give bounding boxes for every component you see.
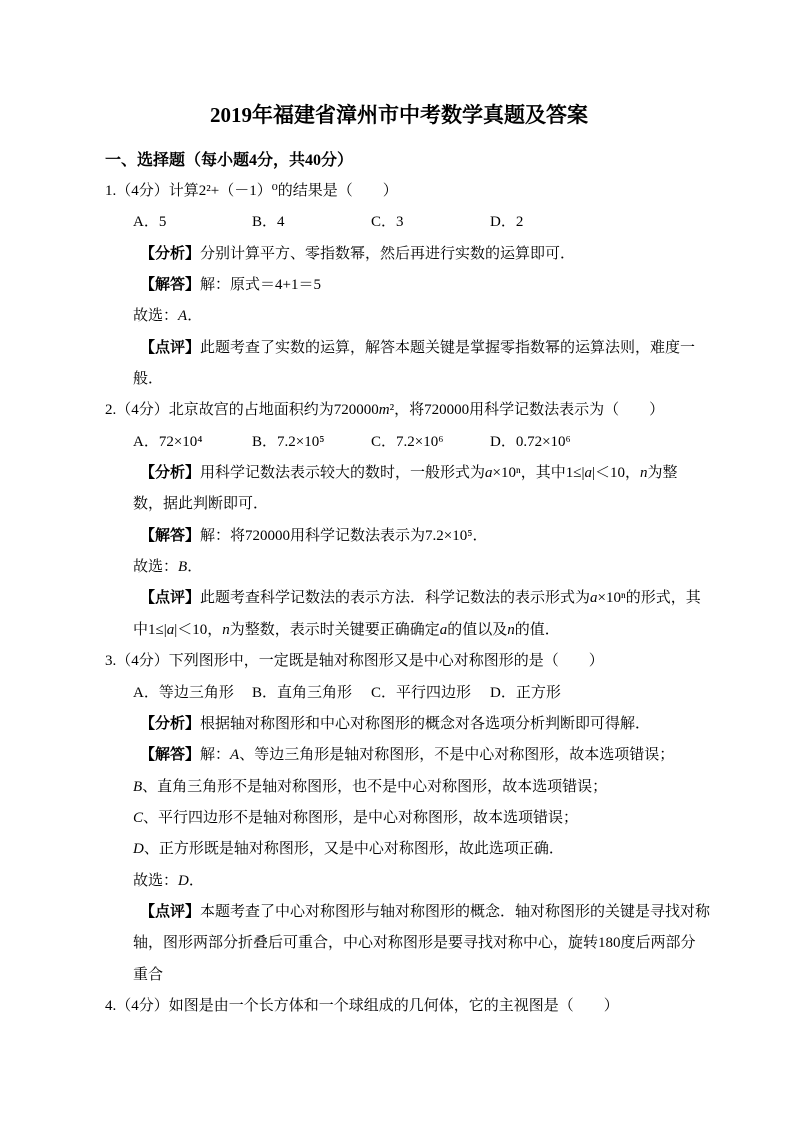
text-segment: 故选： [133,308,178,324]
text-segment: 3.（4分）下列图形中，一定既是轴对称图形又是中心对称图形的是（ ） [105,653,604,669]
variable-segment: n [222,622,230,638]
variable-segment: a [485,465,493,481]
text-segment: ×10ⁿ的形式，其 [598,590,701,606]
variable-segment: C [133,810,143,826]
option-item: B．7.2×10⁵ [252,427,371,458]
text-segment: 的值以及 [447,622,507,638]
paragraph-tag: 【点评】 [140,590,200,606]
variable-segment: a [584,465,592,481]
text-segment: 1.（4分）计算2²+（－1）⁰的结果是（ ） [105,183,398,199]
solution-line: 【解答】解：A、等边三角形是轴对称图形，不是中心对称图形，故本选项错误； [133,740,695,771]
paragraph-tag: 【解答】 [140,747,200,763]
paragraph-tag: 【解答】 [140,277,200,293]
text-segment: 的值． [515,622,560,638]
text-segment: 般． [133,371,163,387]
text-segment: 此题考查了实数的运算，解答本题关键是掌握零指数幂的运算法则，难度一 [200,340,695,356]
text-line: 故选：B． [133,552,695,583]
text-line: 故选：A． [133,301,695,332]
variable-segment: A [178,308,187,324]
text-segment: 4.（4分）如图是由一个长方体和一个球组成的几何体，它的主视图是（ ） [105,998,619,1014]
text-segment: 、正方形既是轴对称图形，又是中心对称图形，故此选项正确． [144,841,564,857]
analysis-line: 【分析】根据轴对称图形和中心对称图形的概念对各选项分析判断即可得解． [133,709,695,740]
variable-segment: A [230,747,239,763]
text-segment: 重合 [133,967,163,983]
option-item: C．平行四边形 [371,678,490,709]
text-segment: 根据轴对称图形和中心对称图形的概念对各选项分析判断即可得解． [200,716,650,732]
paragraph-tag: 【点评】 [140,904,200,920]
text-segment: 解：原式＝4+1＝5 [200,277,321,293]
question-line: 4.（4分）如图是由一个长方体和一个球组成的几何体，它的主视图是（ ） [105,991,695,1022]
text-segment: 2.（4分）北京故宫的占地面积约为720000 [105,402,379,418]
text-segment: 用科学记数法表示较大的数时，一般形式为 [200,465,485,481]
text-segment: ²，将720000用科学记数法表示为（ ） [390,402,665,418]
option-item: A．5 [133,207,252,238]
text-line: C、平行四边形不是轴对称图形，是中心对称图形，故本选项错误； [133,803,695,834]
text-segment: 分别计算平方、零指数幂，然后再进行实数的运算即可． [200,246,575,262]
text-segment: 故选： [133,559,178,575]
question-line: 3.（4分）下列图形中，一定既是轴对称图形又是中心对称图形的是（ ） [105,646,695,677]
document-content: 2019年福建省漳州市中考数学真题及答案 一、选择题（每小题4分，共40分） 1… [103,100,695,1022]
text-segment: 、直角三角形不是轴对称图形，也不是中心对称图形，故本选项错误； [142,779,607,795]
option-item: A．72×10⁴ [133,427,252,458]
text-segment: |＜10， [174,622,222,638]
analysis-line: 【分析】分别计算平方、零指数幂，然后再进行实数的运算即可． [133,239,695,270]
question-line: 2.（4分）北京故宫的占地面积约为720000m²，将720000用科学记数法表… [105,395,695,426]
text-segment: 轴，图形两部分折叠后可重合，中心对称图形是要寻找对称中心，旋转180度后两部分 [133,935,696,951]
text-line: 故选：D． [133,866,695,897]
paragraph-tag: 【分析】 [140,246,200,262]
text-segment: 本题考查了中心对称图形与轴对称图形的概念．轴对称图形的关键是寻找对称 [200,904,710,920]
text-segment: ． [189,873,204,889]
variable-segment: B [133,779,142,795]
text-segment: 、等边三角形是轴对称图形，不是中心对称图形，故本选项错误； [239,747,674,763]
text-segment: 为整数，表示时关键要正确确定 [230,622,440,638]
text-segment: 数，据此判断即可． [133,496,268,512]
option-item: B．4 [252,207,371,238]
section-heading: 一、选择题（每小题4分，共40分） [105,146,695,176]
page-title: 2019年福建省漳州市中考数学真题及答案 [103,100,695,130]
text-segment: 故选： [133,873,178,889]
text-line: 中1≤|a|＜10，n为整数，表示时关键要正确确定a的值以及n的值． [133,615,695,646]
text-segment: 中1≤| [133,622,167,638]
question-line: 1.（4分）计算2²+（－1）⁰的结果是（ ） [105,176,695,207]
option-item: D．0.72×10⁶ [490,427,571,458]
option-item: D．正方形 [490,678,561,709]
option-item: C．7.2×10⁶ [371,427,490,458]
variable-segment: D [133,841,144,857]
text-segment: ． [187,308,202,324]
text-segment: |＜10， [592,465,640,481]
options-row: A．72×10⁴B．7.2×10⁵C．7.2×10⁶D．0.72×10⁶ [133,427,695,458]
text-segment: 、平行四边形不是轴对称图形，是中心对称图形，故本选项错误； [143,810,578,826]
option-item: D．2 [490,207,523,238]
paragraph-tag: 【点评】 [140,340,200,356]
text-segment: ×10ⁿ，其中1≤| [493,465,585,481]
text-line: D、正方形既是轴对称图形，又是中心对称图形，故此选项正确． [133,834,695,865]
option-item: C．3 [371,207,490,238]
paragraph-tag: 【分析】 [140,716,200,732]
text-line: 数，据此判断即可． [133,489,695,520]
text-line: B、直角三角形不是轴对称图形，也不是中心对称图形，故本选项错误； [133,772,695,803]
document-body: 1.（4分）计算2²+（－1）⁰的结果是（ ）A．5B．4C．3D．2【分析】分… [103,176,695,1022]
variable-segment: m [379,402,390,418]
analysis-line: 【分析】用科学记数法表示较大的数时，一般形式为a×10ⁿ，其中1≤|a|＜10，… [133,458,695,489]
variable-segment: D [178,873,189,889]
text-line: 般． [133,364,695,395]
options-row: A．等边三角形B．直角三角形C．平行四边形D．正方形 [133,678,695,709]
text-segment: 解： [200,747,230,763]
variable-segment: B [178,559,187,575]
variable-segment: n [507,622,515,638]
solution-line: 【解答】解：原式＝4+1＝5 [133,270,695,301]
text-segment: 解：将720000用科学记数法表示为7.2×10⁵． [200,528,487,544]
text-segment: 此题考查科学记数法的表示方法．科学记数法的表示形式为 [200,590,590,606]
text-line: 重合 [133,960,695,991]
comment-line: 【点评】本题考查了中心对称图形与轴对称图形的概念．轴对称图形的关键是寻找对称 [133,897,695,928]
options-row: A．5B．4C．3D．2 [133,207,695,238]
text-line: 轴，图形两部分折叠后可重合，中心对称图形是要寻找对称中心，旋转180度后两部分 [133,928,695,959]
paragraph-tag: 【解答】 [140,528,200,544]
text-segment: ． [187,559,202,575]
document-page: 2019年福建省漳州市中考数学真题及答案 一、选择题（每小题4分，共40分） 1… [0,0,794,1123]
comment-line: 【点评】此题考查科学记数法的表示方法．科学记数法的表示形式为a×10ⁿ的形式，其 [133,583,695,614]
paragraph-tag: 【分析】 [140,465,200,481]
comment-line: 【点评】此题考查了实数的运算，解答本题关键是掌握零指数幂的运算法则，难度一 [133,333,695,364]
option-item: B．直角三角形 [252,678,371,709]
variable-segment: a [590,590,598,606]
text-segment: 为整 [647,465,677,481]
solution-line: 【解答】解：将720000用科学记数法表示为7.2×10⁵． [133,521,695,552]
option-item: A．等边三角形 [133,678,252,709]
